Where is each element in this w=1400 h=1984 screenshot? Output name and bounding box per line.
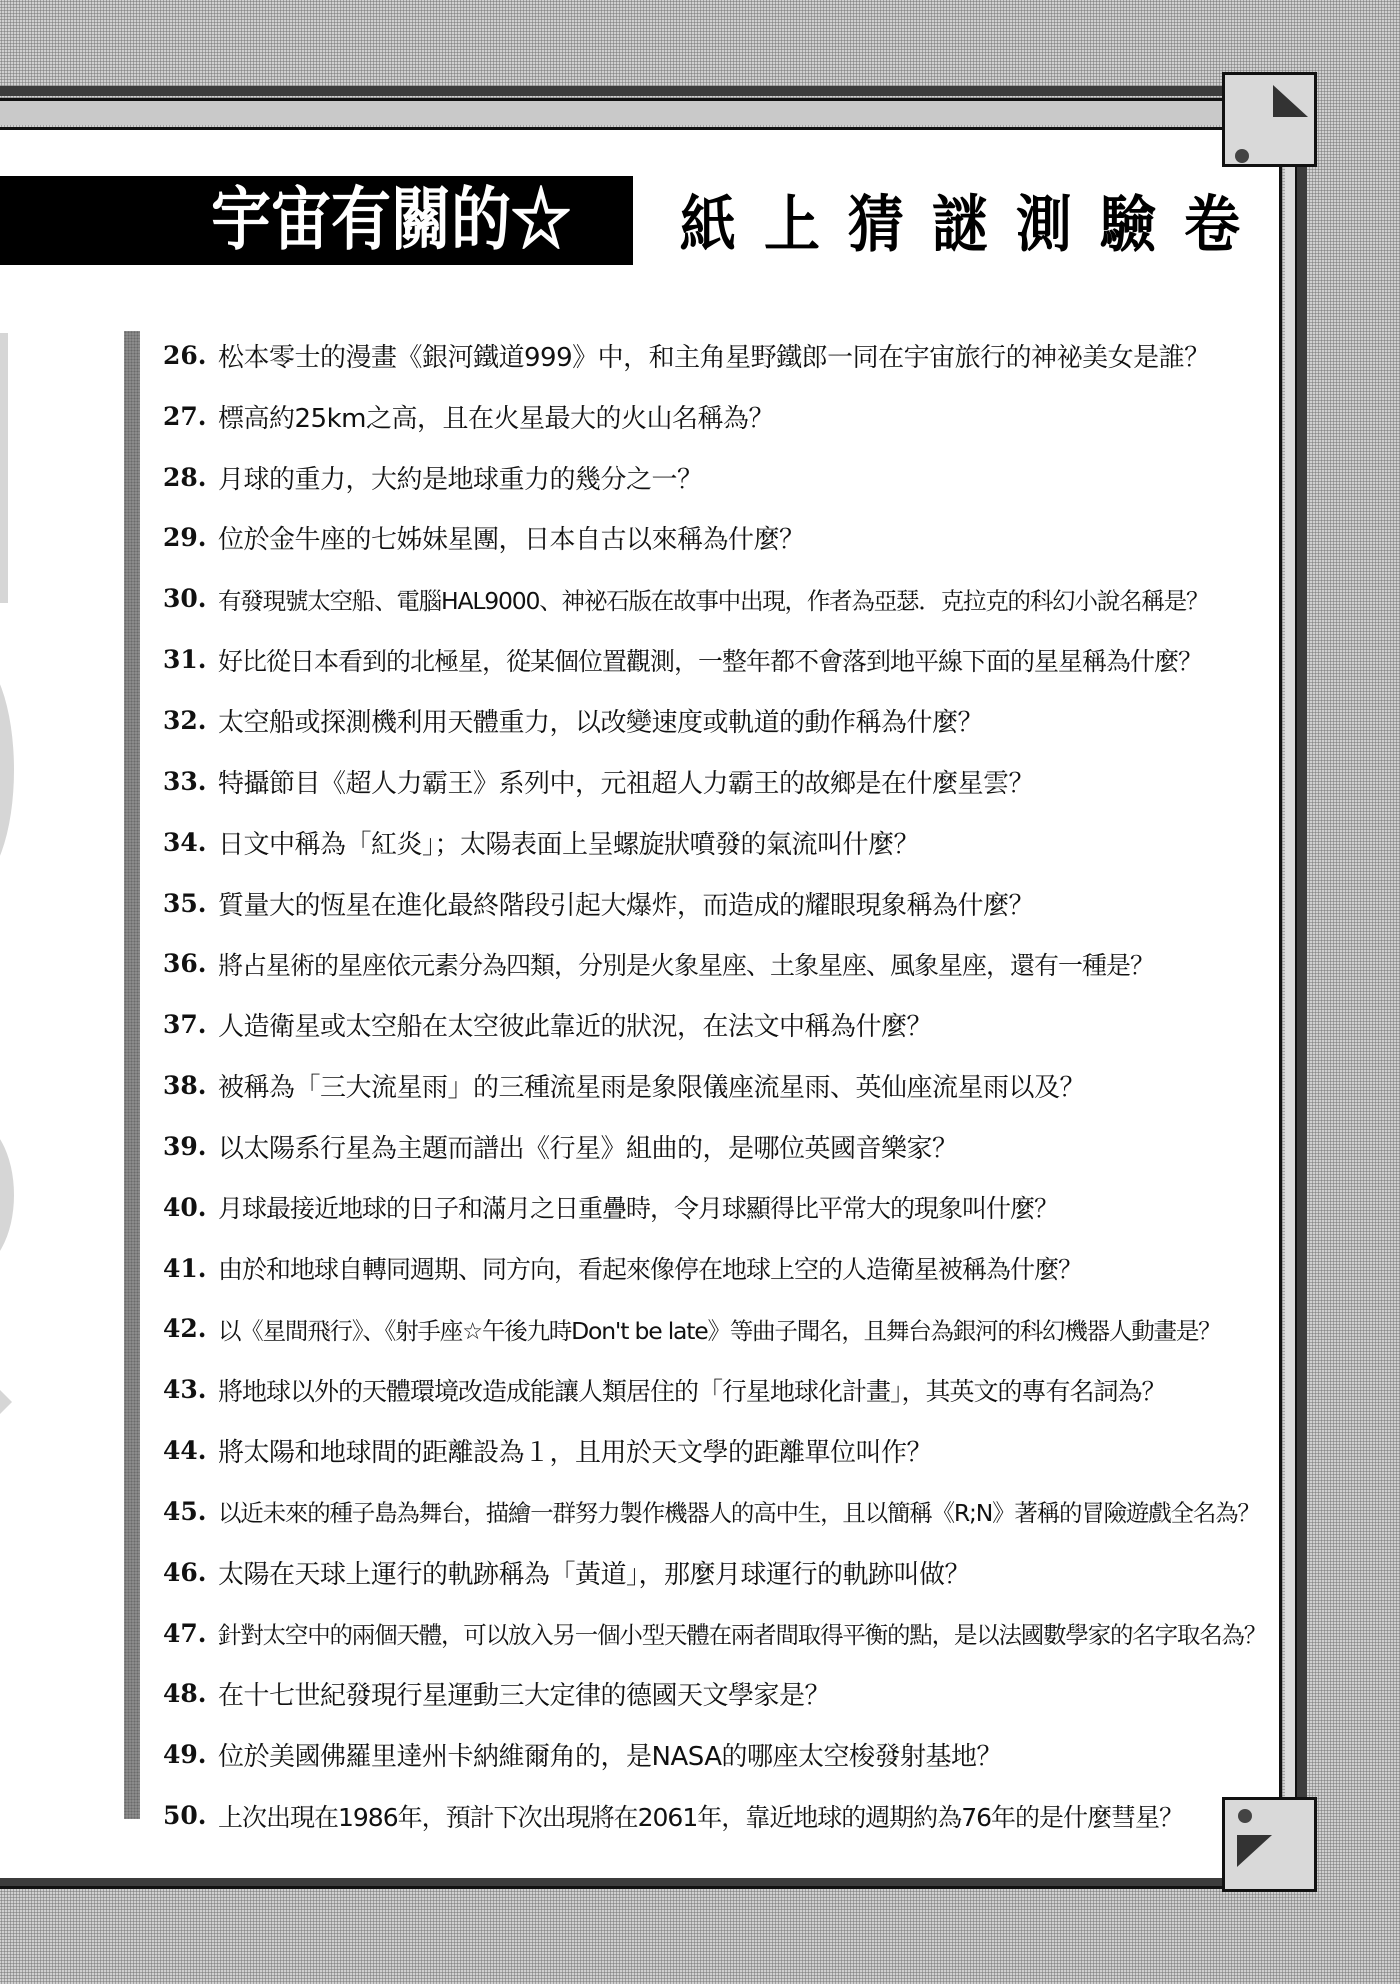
question-item: 35.質量大的恆星在進化最終階段引起大爆炸，而造成的耀眼現象稱為什麼？ bbox=[163, 873, 1243, 934]
question-text: 人造衛星或太空船在太空彼此靠近的狀況，在法文中稱為什麼？ bbox=[218, 1006, 932, 1043]
question-text: 月球最接近地球的日子和滿月之日重疊時，令月球顯得比平常大的現象叫什麼？ bbox=[218, 1189, 1058, 1225]
question-number: 38. bbox=[163, 1071, 218, 1100]
question-number: 43. bbox=[163, 1375, 218, 1404]
watermark-triangle-shape bbox=[0, 1175, 12, 1199]
subtitle-char: 測 bbox=[1016, 176, 1072, 264]
question-text: 將占星術的星座依元素分為四類，分別是火象星座、土象星座、風象星座，還有一種是？ bbox=[218, 946, 1154, 982]
question-number: 31. bbox=[163, 645, 218, 674]
subtitle-char: 猜 bbox=[848, 176, 904, 264]
frame-top-light-band bbox=[0, 101, 1222, 125]
question-number: 34. bbox=[163, 828, 218, 857]
question-item: 42.以《星間飛行》、《射手座☆午後九時Don't be late》等曲子聞名，… bbox=[163, 1299, 1243, 1360]
question-number: 37. bbox=[163, 1010, 218, 1039]
list-accent-bar bbox=[124, 331, 140, 1819]
question-text: 太陽在天球上運行的軌跡稱為「黃道」，那麼月球運行的軌跡叫做？ bbox=[218, 1554, 970, 1591]
subtitle-char: 驗 bbox=[1100, 176, 1156, 264]
frame-top-band bbox=[0, 86, 1222, 96]
question-number: 48. bbox=[163, 1679, 218, 1708]
question-number: 44. bbox=[163, 1436, 218, 1465]
question-item: 49.位於美國佛羅里達州卡納維爾角的，是NASA的哪座太空梭發射基地？ bbox=[163, 1724, 1243, 1785]
question-item: 46.太陽在天球上運行的軌跡稱為「黃道」，那麼月球運行的軌跡叫做？ bbox=[163, 1542, 1243, 1603]
frame-right-band bbox=[1297, 160, 1307, 1850]
watermark-bar-shape bbox=[0, 333, 8, 603]
question-text: 質量大的恆星在進化最終階段引起大爆炸，而造成的耀眼現象稱為什麼？ bbox=[218, 885, 1034, 922]
question-item: 27.標高約25km之高，且在火星最大的火山名稱為？ bbox=[163, 386, 1243, 447]
frame-bottom-line bbox=[0, 1886, 1260, 1889]
question-item: 37.人造衛星或太空船在太空彼此靠近的狀況，在法文中稱為什麼？ bbox=[163, 994, 1243, 1055]
question-text: 以近未來的種子島為舞台，描繪一群努力製作機器人的高中生，且以簡稱《R;N》著稱的… bbox=[218, 1494, 1260, 1528]
question-number: 36. bbox=[163, 949, 218, 978]
question-item: 32.太空船或探測機利用天體重力，以改變速度或軌道的動作稱為什麼？ bbox=[163, 690, 1243, 751]
question-number: 42. bbox=[163, 1314, 218, 1343]
question-item: 30.有發現號太空船、電腦HAL9000、神祕石版在故事中出現，作者為亞瑟．克拉… bbox=[163, 568, 1243, 629]
question-text: 針對太空中的兩個天體，可以放入另一個小型天體在兩者間取得平衡的點，是以法國數學家… bbox=[218, 1616, 1266, 1650]
question-number: 29. bbox=[163, 523, 218, 552]
question-list: 26.松本零士的漫畫《銀河鐵道999》中，和主角星野鐵郎一同在宇宙旅行的神祕美女… bbox=[163, 325, 1243, 1846]
question-number: 35. bbox=[163, 889, 218, 918]
question-number: 50. bbox=[163, 1801, 218, 1830]
question-item: 48.在十七世紀發現行星運動三大定律的德國天文學家是？ bbox=[163, 1664, 1243, 1725]
watermark-triangle-shape bbox=[0, 1390, 12, 1414]
question-item: 45.以近未來的種子島為舞台，描繪一群努力製作機器人的高中生，且以簡稱《R;N》… bbox=[163, 1481, 1243, 1542]
question-item: 43.將地球以外的天體環境改造成能讓人類居住的「行星地球化計畫」，其英文的專有名… bbox=[163, 1359, 1243, 1420]
question-number: 28. bbox=[163, 463, 218, 492]
question-text: 松本零士的漫畫《銀河鐵道999》中，和主角星野鐵郎一同在宇宙旅行的神祕美女是誰？ bbox=[218, 337, 1210, 374]
question-text: 將地球以外的天體環境改造成能讓人類居住的「行星地球化計畫」，其英文的專有名詞為？ bbox=[218, 1372, 1166, 1408]
question-text: 上次出現在1986年，預計下次出現將在2061年，靠近地球的週期約為76年的是什… bbox=[218, 1798, 1183, 1834]
subtitle-char: 謎 bbox=[932, 176, 988, 264]
question-text: 在十七世紀發現行星運動三大定律的德國天文學家是？ bbox=[218, 1675, 830, 1712]
question-item: 31.好比從日本看到的北極星，從某個位置觀測，一整年都不會落到地平線下面的星星稱… bbox=[163, 629, 1243, 690]
question-text: 將太陽和地球間的距離設為１，且用於天文學的距離單位叫作？ bbox=[218, 1432, 932, 1469]
question-number: 41. bbox=[163, 1254, 218, 1283]
question-number: 39. bbox=[163, 1132, 218, 1161]
question-number: 33. bbox=[163, 767, 218, 796]
question-number: 40. bbox=[163, 1193, 218, 1222]
question-text: 以太陽系行星為主題而譜出《行星》組曲的，是哪位英國音樂家？ bbox=[218, 1128, 958, 1165]
question-item: 38.被稱為「三大流星雨」的三種流星雨是象限儀座流星雨、英仙座流星雨以及？ bbox=[163, 1055, 1243, 1116]
question-item: 47.針對太空中的兩個天體，可以放入另一個小型天體在兩者間取得平衡的點，是以法國… bbox=[163, 1603, 1243, 1664]
triangle-ornament-icon bbox=[1273, 85, 1308, 117]
question-item: 34.日文中稱為「紅炎」；太陽表面上呈螺旋狀噴發的氣流叫什麼？ bbox=[163, 812, 1243, 873]
question-item: 44.將太陽和地球間的距離設為１，且用於天文學的距離單位叫作？ bbox=[163, 1420, 1243, 1481]
question-number: 45. bbox=[163, 1497, 218, 1526]
question-text: 位於美國佛羅里達州卡納維爾角的，是NASA的哪座太空梭發射基地？ bbox=[218, 1736, 1002, 1773]
question-item: 36.將占星術的星座依元素分為四類，分別是火象星座、土象星座、風象星座，還有一種… bbox=[163, 933, 1243, 994]
question-text: 位於金牛座的七姊妹星團，日本自古以來稱為什麼？ bbox=[218, 519, 805, 556]
question-text: 太空船或探測機利用天體重力，以改變速度或軌道的動作稱為什麼？ bbox=[218, 702, 983, 739]
question-text: 特攝節目《超人力霸王》系列中，元祖超人力霸王的故鄉是在什麼星雲？ bbox=[218, 763, 1034, 800]
question-number: 32. bbox=[163, 706, 218, 735]
page-title: 宇宙有關的☆ bbox=[211, 176, 571, 263]
question-item: 50.上次出現在1986年，預計下次出現將在2061年，靠近地球的週期約為76年… bbox=[163, 1785, 1243, 1846]
question-item: 33.特攝節目《超人力霸王》系列中，元祖超人力霸王的故鄉是在什麼星雲？ bbox=[163, 751, 1243, 812]
question-number: 47. bbox=[163, 1619, 218, 1648]
question-item: 40.月球最接近地球的日子和滿月之日重疊時，令月球顯得比平常大的現象叫什麼？ bbox=[163, 1177, 1243, 1238]
question-text: 由於和地球自轉同週期、同方向，看起來像停在地球上空的人造衛星被稱為什麼？ bbox=[218, 1250, 1082, 1286]
question-item: 39.以太陽系行星為主題而譜出《行星》組曲的，是哪位英國音樂家？ bbox=[163, 1116, 1243, 1177]
question-text: 好比從日本看到的北極星，從某個位置觀測，一整年都不會落到地平線下面的星星稱為什麼… bbox=[218, 642, 1202, 678]
question-number: 26. bbox=[163, 341, 218, 370]
question-number: 46. bbox=[163, 1558, 218, 1587]
question-number: 30. bbox=[163, 584, 218, 613]
question-text: 有發現號太空船、電腦HAL9000、神祕石版在故事中出現，作者為亞瑟．克拉克的科… bbox=[218, 582, 1208, 616]
question-text: 標高約25km之高，且在火星最大的火山名稱為？ bbox=[218, 398, 774, 435]
question-item: 41.由於和地球自轉同週期、同方向，看起來像停在地球上空的人造衛星被稱為什麼？ bbox=[163, 1238, 1243, 1299]
page-subtitle: 紙 上 猜 謎 測 驗 卷 bbox=[680, 180, 1240, 260]
question-item: 28.月球的重力，大約是地球重力的幾分之一？ bbox=[163, 447, 1243, 508]
bullet-dot-icon bbox=[1235, 149, 1249, 163]
title-banner: 宇宙有關的☆ bbox=[0, 176, 633, 265]
question-item: 29.位於金牛座的七姊妹星團，日本自古以來稱為什麼？ bbox=[163, 508, 1243, 569]
question-text: 被稱為「三大流星雨」的三種流星雨是象限儀座流星雨、英仙座流星雨以及？ bbox=[218, 1067, 1085, 1104]
question-text: 以《星間飛行》、《射手座☆午後九時Don't be late》等曲子聞名，且舞台… bbox=[218, 1312, 1220, 1346]
subtitle-char: 卷 bbox=[1184, 176, 1240, 264]
question-number: 49. bbox=[163, 1740, 218, 1769]
question-item: 26.松本零士的漫畫《銀河鐵道999》中，和主角星野鐵郎一同在宇宙旅行的神祕美女… bbox=[163, 325, 1243, 386]
subtitle-char: 上 bbox=[764, 176, 820, 264]
question-text: 日文中稱為「紅炎」；太陽表面上呈螺旋狀噴發的氣流叫什麼？ bbox=[218, 824, 919, 861]
subtitle-char: 紙 bbox=[680, 176, 736, 264]
frame-right-light-band bbox=[1285, 150, 1297, 1850]
question-text: 月球的重力，大約是地球重力的幾分之一？ bbox=[218, 459, 703, 496]
question-number: 27. bbox=[163, 402, 218, 431]
